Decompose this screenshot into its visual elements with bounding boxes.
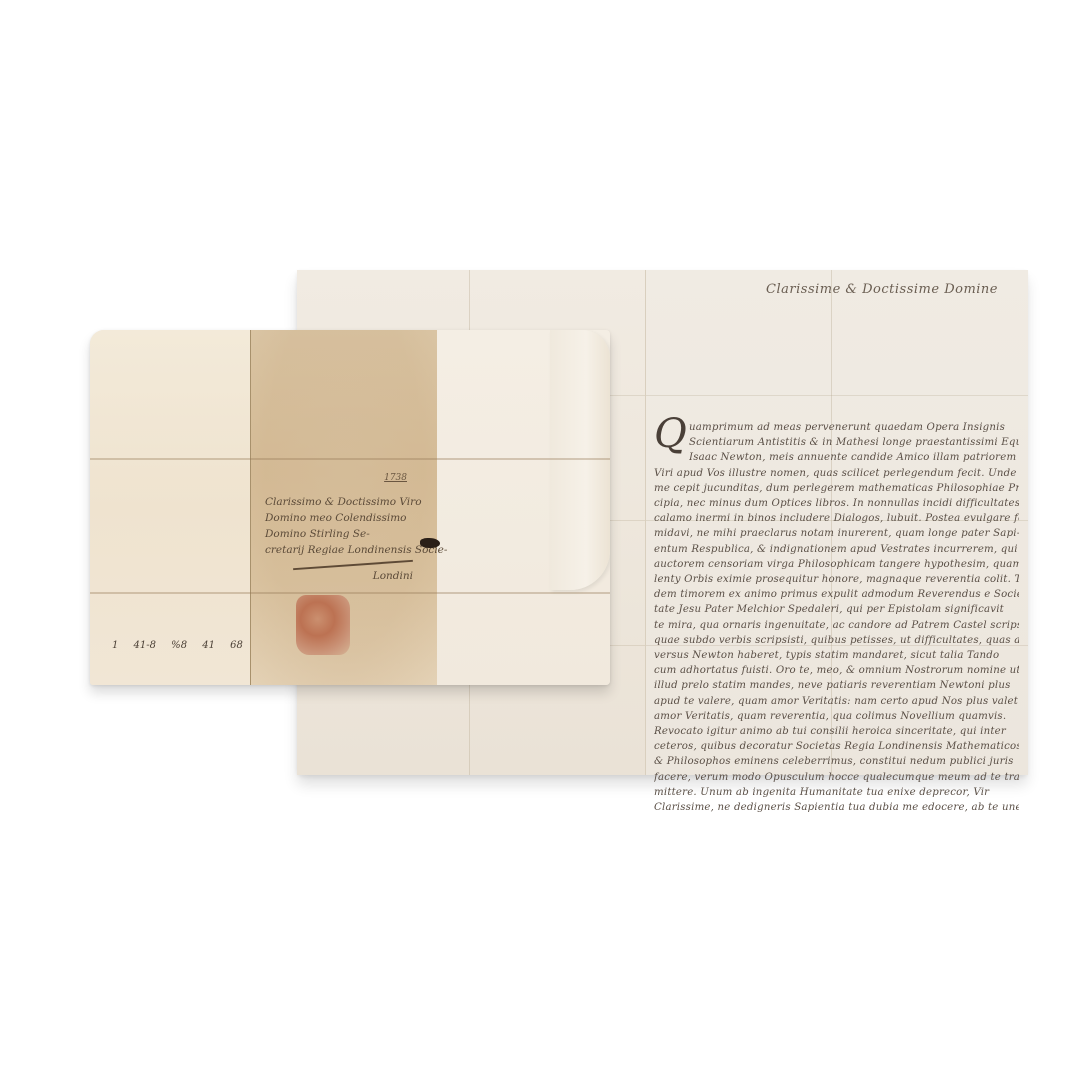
pencil-notation: 1 41-8 %8 41 68 — [112, 640, 243, 651]
letter-body: Q uamprimum ad meas pervenerunt quaedam … — [654, 420, 1019, 815]
letter-salutation: Clarissime & Doctissime Domine — [766, 282, 998, 297]
letter-line: te mira, qua ornaris ingenuitate, ac can… — [654, 618, 1019, 633]
letter-line: auctorem censoriam virga Philosophicam t… — [654, 557, 1019, 572]
letter-body-lines: uamprimum ad meas pervenerunt quaedam Op… — [654, 420, 1019, 815]
cover-left-panel — [90, 330, 250, 685]
letter-line: calamo inermi in binos includere Dialogo… — [654, 511, 1019, 526]
letter-line: mittere. Unum ab ingenita Humanitate tua… — [654, 785, 1019, 800]
wax-seal-remnant — [296, 595, 350, 655]
fold-line — [646, 395, 1028, 396]
letter-line: cipia, nec minus dum Optices libros. In … — [654, 496, 1019, 511]
letter-line: amor Veritatis, quam reverentia, qua col… — [654, 709, 1019, 724]
address-line: cretarij Regiae Londinensis Socie- — [265, 542, 435, 558]
letter-line: apud te valere, quam amor Veritatis: nam… — [654, 694, 1019, 709]
letter-line: dem timorem ex animo primus expulit admo… — [654, 587, 1019, 602]
cover-address: 1738 Clarissimo & Doctissimo Viro Domino… — [265, 470, 435, 584]
cover-city: Londini — [265, 568, 435, 584]
letter-line: lenty Orbis eximie prosequitur honore, m… — [654, 572, 1019, 587]
letter-line: Revocato igitur animo ab tui consilii he… — [654, 724, 1019, 739]
letter-line: Isaac Newton, meis annuente candide Amic… — [689, 450, 1019, 465]
letter-line: Viri apud Vos illustre nomen, quas scili… — [654, 466, 1019, 481]
letter-line: ceteros, quibus decoratur Societas Regia… — [654, 739, 1019, 754]
folded-cover-letter: 1738 Clarissimo & Doctissimo Viro Domino… — [90, 330, 610, 685]
letter-line: uamprimum ad meas pervenerunt quaedam Op… — [689, 420, 1019, 435]
letter-line: facere, verum modo Opusculum hocce quale… — [654, 770, 1019, 785]
letter-line: Scientiarum Antistitis & in Mathesi long… — [689, 435, 1019, 450]
address-line: Domino Stirling Se- — [265, 526, 435, 542]
illuminated-initial: Q — [654, 416, 687, 452]
letter-line: quae subdo verbis scripsisti, quibus pet… — [654, 633, 1019, 648]
letter-line: entum Respublica, & indignationem apud V… — [654, 542, 1019, 557]
cover-folded-flap — [550, 330, 610, 590]
letter-line: midavi, ne mihi praeclarus notam inurere… — [654, 526, 1019, 541]
letter-line: tate Jesu Pater Melchior Spedaleri, qui … — [654, 602, 1019, 617]
ink-blot — [420, 538, 440, 548]
letter-line: Clarissime, ne dedigneris Sapientia tua … — [654, 800, 1019, 815]
letter-text-page: Clarissime & Doctissime Domine Q uamprim… — [645, 270, 1028, 775]
fold-line — [90, 592, 610, 594]
address-line: Clarissimo & Doctissimo Viro — [265, 494, 435, 510]
letter-line: versus Newton haberet, typis statim mand… — [654, 648, 1019, 663]
cover-date: 1738 — [265, 470, 435, 486]
letter-line: illud prelo statim mandes, neve patiaris… — [654, 678, 1019, 693]
letter-line: cum adhortatus fuisti. Oro te, meo, & om… — [654, 663, 1019, 678]
address-line: Domino meo Colendissimo — [265, 510, 435, 526]
fold-line — [90, 458, 610, 460]
letter-line: & Philosophos eminens celeberrimus, cons… — [654, 754, 1019, 769]
letter-line: me cepit jucunditas, dum perlegerem math… — [654, 481, 1019, 496]
